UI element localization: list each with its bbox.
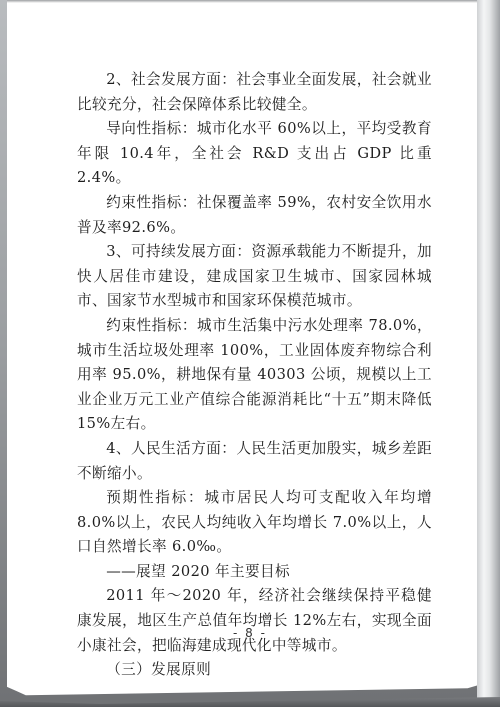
document-body: 2、社会发展方面：社会事业全面发展，社会就业比较充分，社会保障体系比较健全。 导… — [77, 68, 432, 683]
page-top-edge — [7, 0, 477, 3]
page-number: - 8 - — [0, 626, 500, 640]
paragraph-expected-indicators: 预期性指标：城市居民人均可支配收入年均增 8.0%以上，农民人均纯收入年均增长 … — [77, 486, 432, 560]
paragraph-social-development: 2、社会发展方面：社会事业全面发展，社会就业比较充分，社会保障体系比较健全。 — [77, 68, 432, 117]
heading-development-principles: （三）发展原则 — [77, 658, 432, 683]
paragraph-guiding-indicators: 导向性指标：城市化水平 60%以上，平均受教育年限 10.4年，全社会 R&D … — [77, 117, 432, 191]
scanned-page-background: 2、社会发展方面：社会事业全面发展，社会就业比较充分，社会保障体系比较健全。 导… — [0, 0, 500, 707]
paragraph-people-livelihood: 4、人民生活方面：人民生活更加殷实，城乡差距不断缩小。 — [77, 437, 432, 486]
paragraph-2011-2020-goals: 2011 年～2020 年，经济社会继续保持平稳健康发展，地区生产总值年均增长 … — [77, 584, 432, 658]
page-right-edge — [477, 0, 500, 707]
paragraph-binding-indicators-environment: 约束性指标：城市生活集中污水处理率 78.0%，城市生活垃圾处理率 100%，工… — [77, 314, 432, 437]
paragraph-sustainable-development: 3、可持续发展方面：资源承载能力不断提升，加快人居佳市建设，建成国家卫生城市、国… — [77, 240, 432, 314]
scanner-bottom-edge — [0, 697, 500, 707]
heading-2020-outlook: ——展望 2020 年主要目标 — [77, 560, 432, 585]
paragraph-binding-indicators-social: 约束性指标：社保覆盖率 59%，农村安全饮用水普及率92.6%。 — [77, 191, 432, 240]
